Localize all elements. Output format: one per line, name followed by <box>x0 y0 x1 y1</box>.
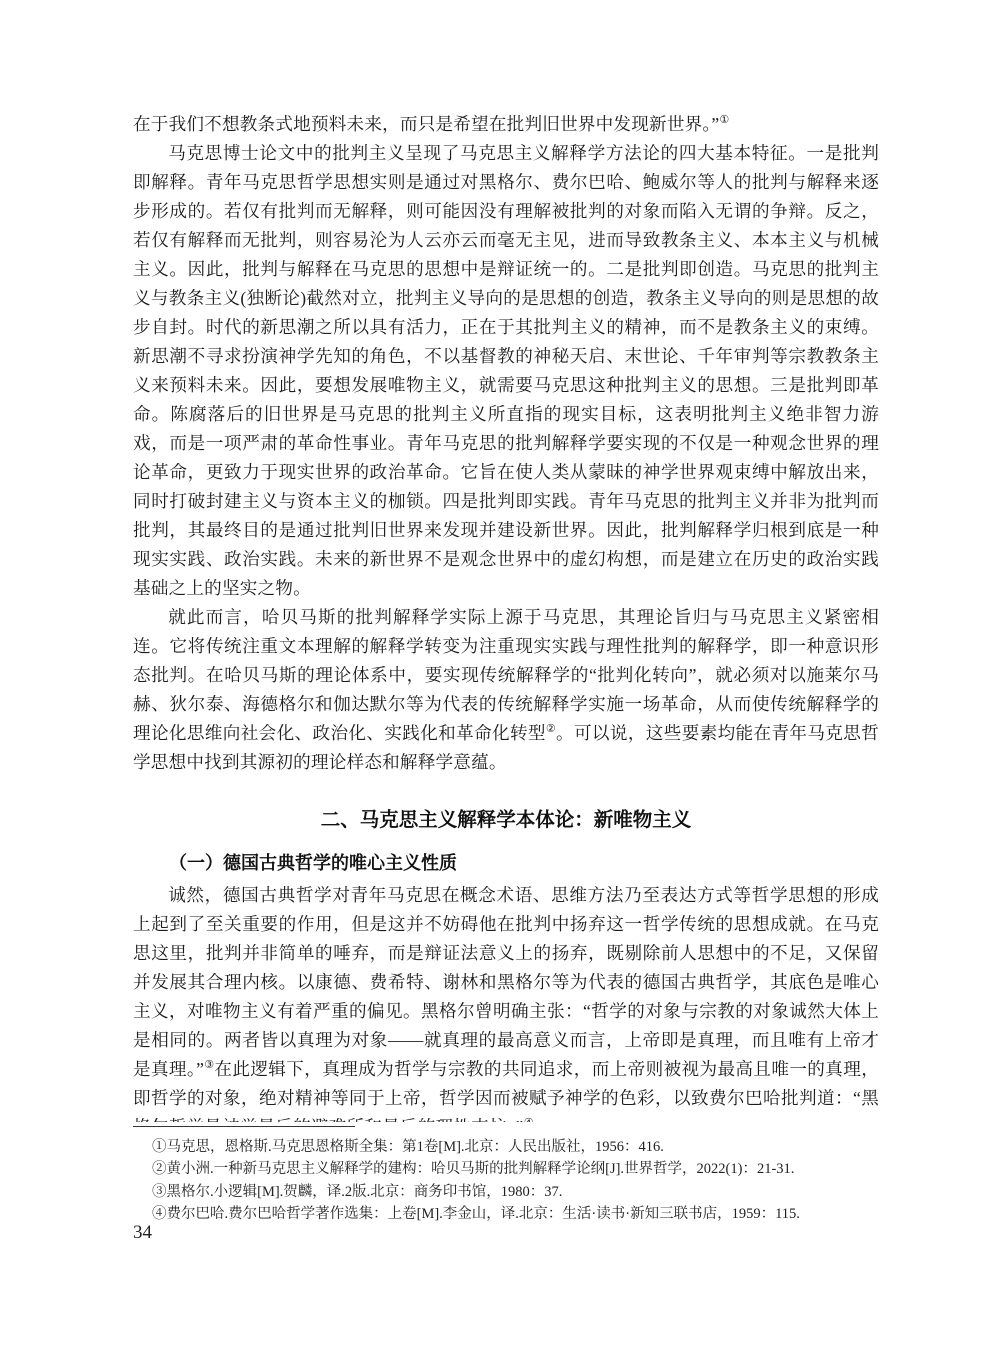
paragraph-continuation: 在于我们不想教条式地预料未来，而只是希望在批判旧世界中发现新世界。”① <box>133 110 879 139</box>
paragraph-four-features: 马克思博士论文中的批判主义呈现了马克思主义解释学方法论的四大基本特征。一是批判即… <box>133 139 879 603</box>
subsection-heading: （一）德国古典哲学的唯心主义性质 <box>133 849 879 875</box>
paragraph-habermas: 就此而言，哈贝马斯的批判解释学实际上源于马克思，其理论旨归与马克思主义紧密相连。… <box>133 603 879 777</box>
footnotes: ①马克思，恩格斯.马克思恩格斯全集：第1卷[M].北京：人民出版社，1956：4… <box>133 1126 879 1226</box>
footnote-separator <box>133 1126 355 1127</box>
footnote-item: ④费尔巴哈.费尔巴哈哲学著作选集：上卷[M].李金山，译.北京：生活·读书·新知… <box>133 1203 879 1225</box>
page-number: 34 <box>133 1222 152 1244</box>
paragraph-german-philosophy: 诚然，德国古典哲学对青年马克思在概念术语、思维方法乃至表达方式等哲学思想的形成上… <box>133 881 879 1122</box>
paper-page: 在于我们不想教条式地预料未来，而只是希望在批判旧世界中发现新世界。”① 马克思博… <box>0 0 1000 1347</box>
footnote-item: ②黄小洲.一种新马克思主义解释学的建构：哈贝马斯的批判解释学论纲[J].世界哲学… <box>133 1158 879 1180</box>
section-heading: 二、马克思主义解释学本体论：新唯物主义 <box>133 804 879 832</box>
footnote-item: ①马克思，恩格斯.马克思恩格斯全集：第1卷[M].北京：人民出版社，1956：4… <box>133 1136 879 1158</box>
footnote-item: ③黑格尔.小逻辑[M].贺麟，译.2版.北京：商务印书馆，1980：37. <box>133 1181 879 1203</box>
page-content: 在于我们不想教条式地预料未来，而只是希望在批判旧世界中发现新世界。”① 马克思博… <box>133 110 879 1122</box>
